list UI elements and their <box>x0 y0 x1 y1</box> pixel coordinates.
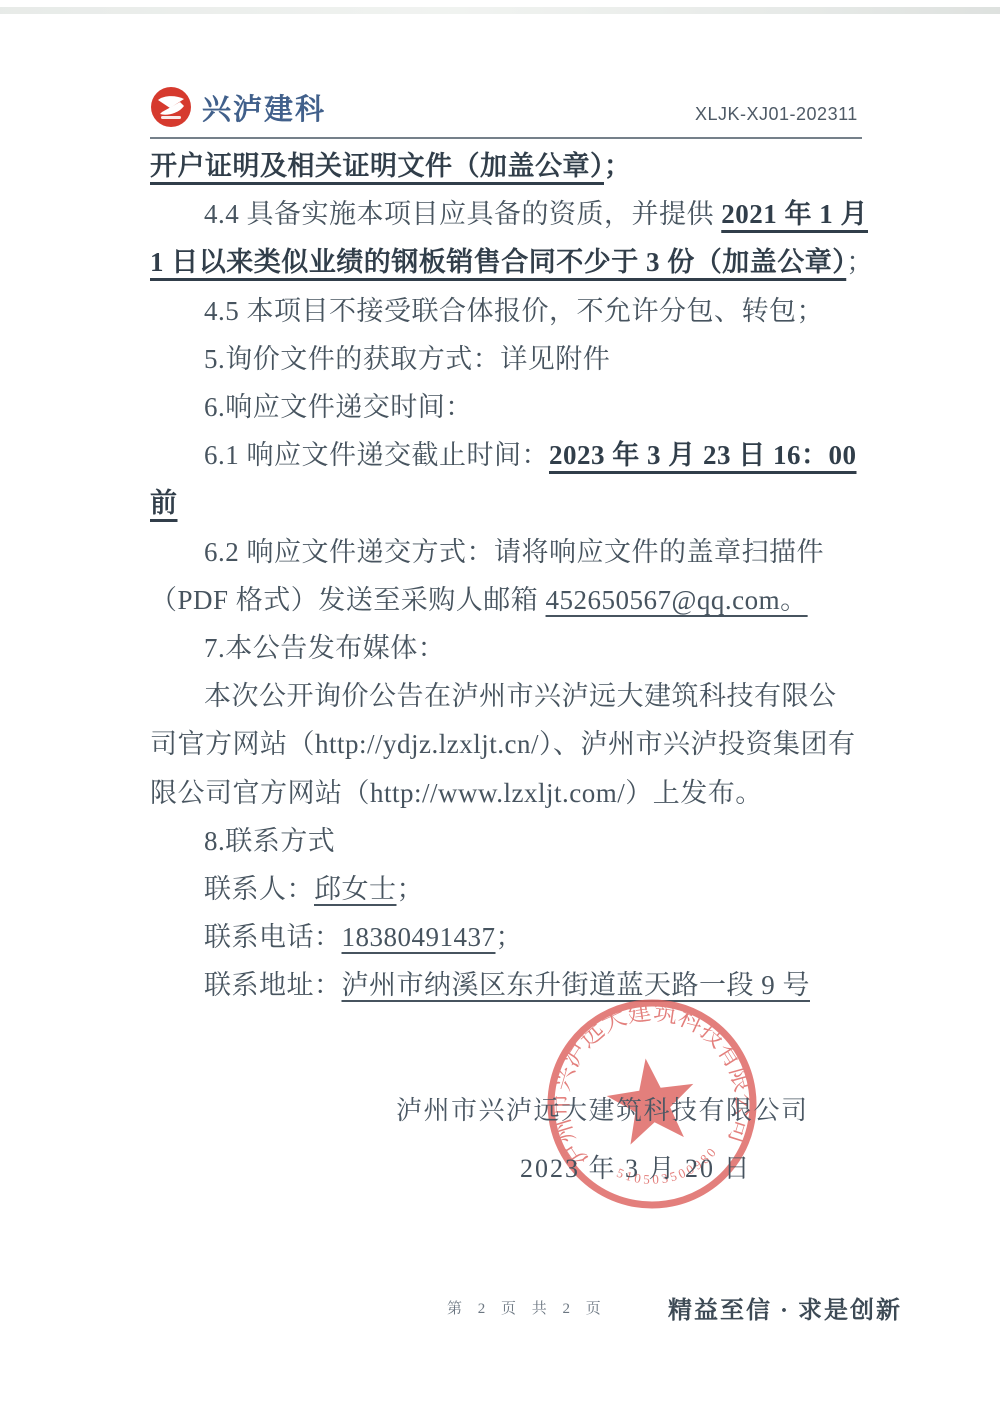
text-segment: ； <box>604 151 632 181</box>
text-segment: 1 日以来类似业绩的钢板销售合同不少于 3 份（加盖公章） <box>150 247 846 277</box>
company-logo: 兴泸建科 <box>150 86 326 128</box>
signature-date: 2023 年 3 月 20 日 <box>520 1148 752 1185</box>
text-segment: 7.本公告发布媒体： <box>204 633 445 663</box>
text-segment: 2023 年 3 月 23 日 16：00 <box>549 440 857 470</box>
body-line: （PDF 格式）发送至采购人邮箱 452650567@qq.com。 <box>150 576 870 624</box>
text-segment: 452650567@qq.com。 <box>546 585 808 615</box>
body-line: 联系人：邱女士； <box>150 865 870 913</box>
body-text: 开户证明及相关证明文件（加盖公章）；4.4 具备实施本项目应具备的资质，并提供 … <box>150 142 870 1010</box>
body-line: 7.本公告发布媒体： <box>150 624 870 672</box>
text-segment: ； <box>846 247 874 277</box>
text-segment: 开户证明及相关证明文件（加盖公章） <box>150 151 604 181</box>
body-line: 6.响应文件递交时间： <box>150 383 870 431</box>
body-line: 联系电话：18380491437； <box>150 913 870 961</box>
footer-slogan: 精益至信 · 求是创新 <box>668 1290 902 1325</box>
text-segment: （PDF 格式）发送至采购人邮箱 <box>150 585 546 615</box>
text-segment: ； <box>397 874 425 904</box>
text-segment: 6.1 响应文件递交截止时间： <box>204 440 549 470</box>
text-segment: 司官方网站（http://ydjz.lzxljt.cn/）、泸州市兴泸投资集团有 <box>150 729 855 759</box>
text-segment: 6.响应文件递交时间： <box>204 392 473 422</box>
text-segment: ； <box>496 922 524 952</box>
document-page: 兴泸建科 XLJK-XJ01-202311 开户证明及相关证明文件（加盖公章）；… <box>0 0 1000 1415</box>
text-segment: 泸州市纳溪区东升街道蓝天路一段 9 号 <box>342 970 811 1000</box>
text-segment: 4.5 本项目不接受联合体报价，不允许分包、转包； <box>204 296 824 326</box>
text-segment: 邱女士 <box>314 874 397 904</box>
text-segment: 4.4 具备实施本项目应具备的资质，并提供 <box>204 199 721 229</box>
signature-company: 泸州市兴泸远大建筑科技有限公司 <box>396 1090 809 1127</box>
text-segment: 联系地址： <box>204 970 342 1000</box>
body-line: 8.联系方式 <box>150 817 870 865</box>
text-segment: 8.联系方式 <box>204 826 335 856</box>
body-line: 前 <box>150 479 870 527</box>
logo-icon <box>150 86 192 128</box>
text-segment: 联系人： <box>204 874 314 904</box>
body-line: 5.询价文件的获取方式：详见附件 <box>150 335 870 383</box>
body-line: 司官方网站（http://ydjz.lzxljt.cn/）、泸州市兴泸投资集团有 <box>150 720 870 768</box>
logo-text: 兴泸建科 <box>202 87 326 128</box>
body-line: 本次公开询价公告在泸州市兴泸远大建筑科技有限公 <box>150 672 870 720</box>
body-line: 限公司官方网站（http://www.lzxljt.com/）上发布。 <box>150 769 870 817</box>
header-divider <box>150 137 862 139</box>
document-number: XLJK-XJ01-202311 <box>695 104 858 125</box>
body-line: 6.2 响应文件递交方式：请将响应文件的盖章扫描件 <box>150 528 870 576</box>
text-segment: 6.2 响应文件递交方式：请将响应文件的盖章扫描件 <box>204 537 824 567</box>
body-line: 4.4 具备实施本项目应具备的资质，并提供 2021 年 1 月 <box>150 190 870 238</box>
text-segment: 18380491437 <box>342 922 496 952</box>
body-line: 联系地址：泸州市纳溪区东升街道蓝天路一段 9 号 <box>150 961 870 1009</box>
body-line: 4.5 本项目不接受联合体报价，不允许分包、转包； <box>150 287 870 335</box>
page-number: 第 2 页 共 2 页 <box>447 1297 607 1318</box>
body-line: 1 日以来类似业绩的钢板销售合同不少于 3 份（加盖公章）； <box>150 238 870 286</box>
body-line: 6.1 响应文件递交截止时间：2023 年 3 月 23 日 16：00 <box>150 431 870 479</box>
body-line: 开户证明及相关证明文件（加盖公章）； <box>150 142 870 190</box>
text-segment: 5.询价文件的获取方式：详见附件 <box>204 344 610 374</box>
svg-text:泸州市兴泸远大建筑科技有限公司: 泸州市兴泸远大建筑科技有限公司 <box>533 985 764 1174</box>
text-segment: 联系电话： <box>204 922 342 952</box>
text-segment: 限公司官方网站（http://www.lzxljt.com/）上发布。 <box>150 778 763 808</box>
text-segment: 前 <box>150 488 178 518</box>
text-segment: 本次公开询价公告在泸州市兴泸远大建筑科技有限公 <box>204 681 837 711</box>
seal-company-text: 泸州市兴泸远大建筑科技有限公司 <box>533 985 764 1174</box>
scan-artifact-band <box>0 7 1000 14</box>
text-segment: 2021 年 1 月 <box>721 199 868 229</box>
